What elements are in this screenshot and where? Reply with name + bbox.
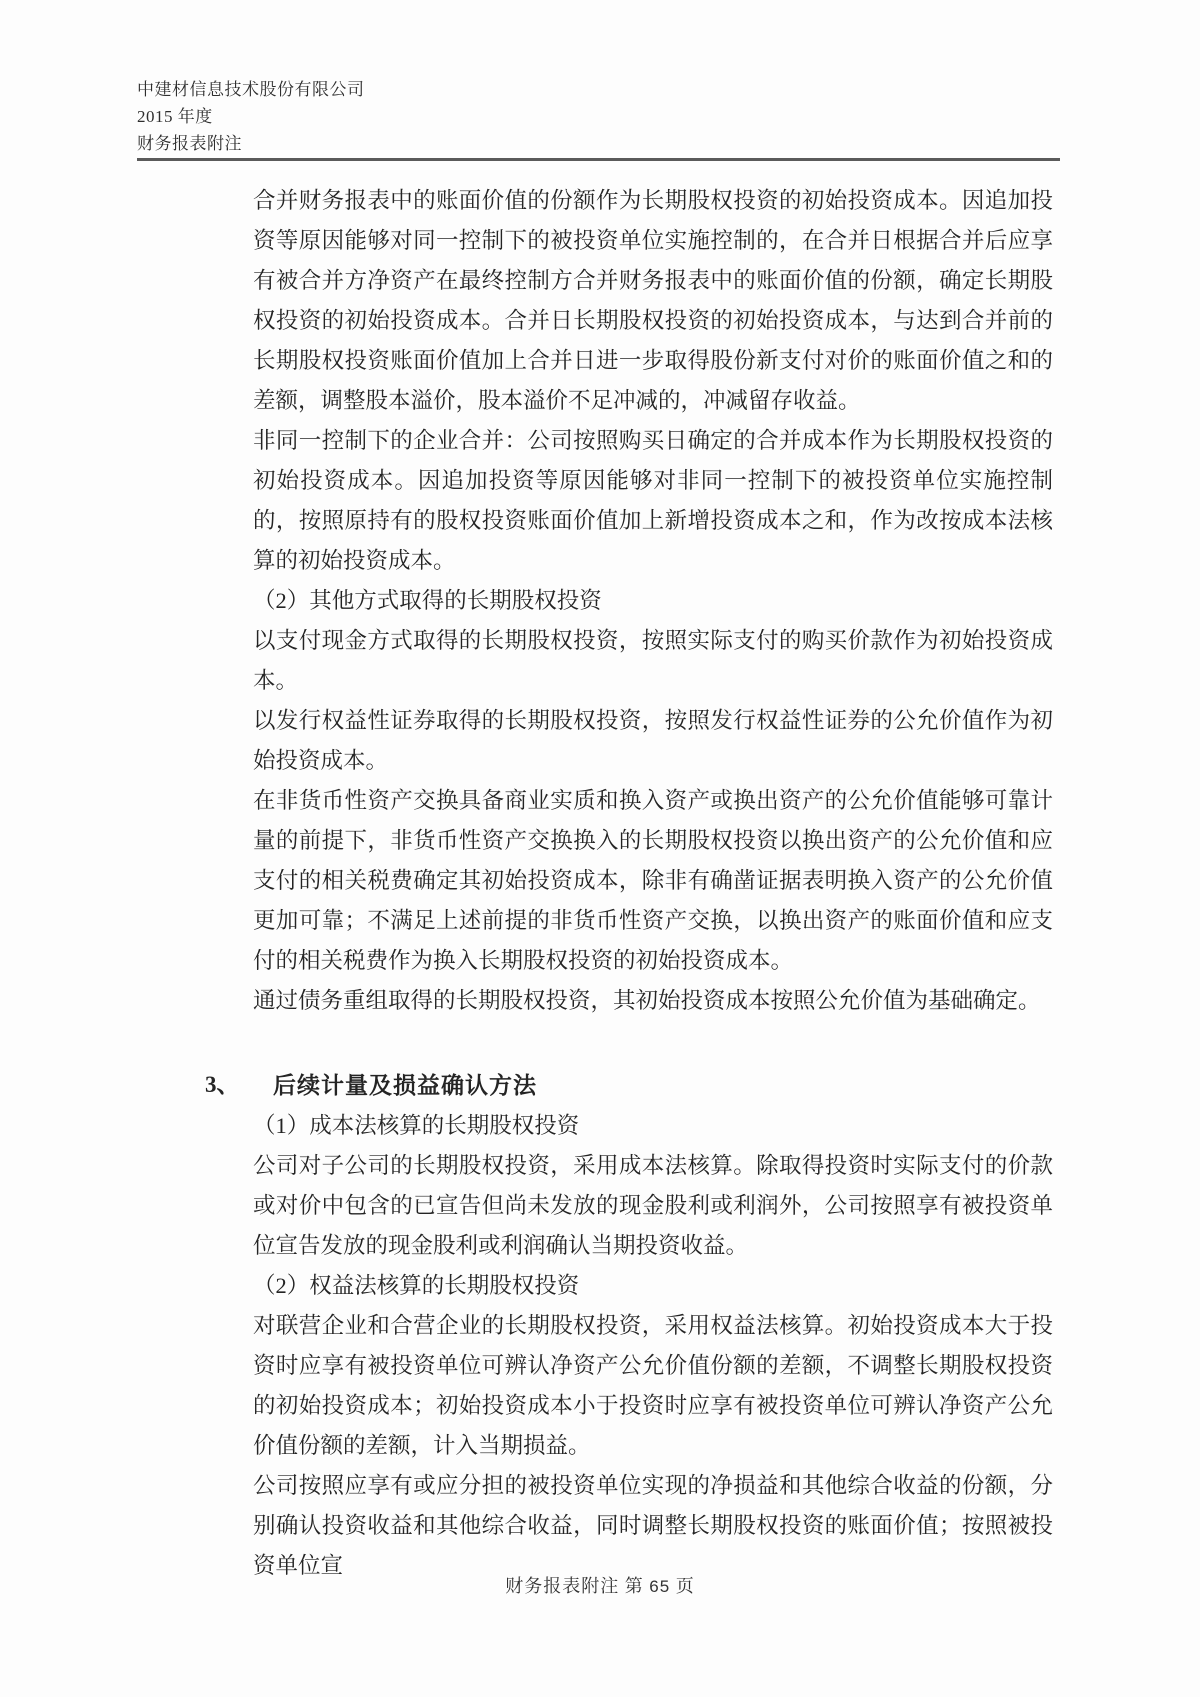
paragraph: 非同一控制下的企业合并：公司按照购买日确定的合并成本作为长期股权投资的初始投资成… — [253, 421, 1053, 581]
section-heading-subsequent-measurement: 3、 后续计量及损益确认方法 — [253, 1065, 1053, 1106]
subheading-equity-method: （2）权益法核算的长期股权投资 — [253, 1266, 1053, 1306]
paragraph: 在非货币性资产交换具备商业实质和换入资产或换出资产的公允价值能够可靠计量的前提下… — [253, 781, 1053, 981]
page-footer: 财务报表附注 第 65 页 — [0, 1572, 1200, 1598]
footer-page-number: 65 — [649, 1577, 670, 1596]
subheading-other-acquisition: （2）其他方式取得的长期股权投资 — [253, 581, 1053, 621]
paragraph: 通过债务重组取得的长期股权投资，其初始投资成本按照公允价值为基础确定。 — [253, 981, 1053, 1021]
document-title: 财务报表附注 — [137, 130, 365, 157]
paragraph: 以发行权益性证券取得的长期股权投资，按照发行权益性证券的公允价值作为初始投资成本… — [253, 701, 1053, 781]
header-divider — [137, 158, 1060, 161]
document-body: 合并财务报表中的账面价值的份额作为长期股权投资的初始投资成本。因追加投资等原因能… — [253, 181, 1053, 1586]
paragraph: 公司对子公司的长期股权投资，采用成本法核算。除取得投资时实际支付的价款或对价中包… — [253, 1146, 1053, 1266]
footer-page-prefix: 第 — [625, 1576, 644, 1596]
footer-label: 财务报表附注 — [505, 1576, 619, 1596]
paragraph: 对联营企业和合营企业的长期股权投资，采用权益法核算。初始投资成本大于投资时应享有… — [253, 1306, 1053, 1466]
page-header: 中建材信息技术股份有限公司 2015 年度 财务报表附注 — [137, 76, 365, 157]
company-name: 中建材信息技术股份有限公司 — [137, 76, 365, 103]
report-year: 2015 年度 — [137, 103, 365, 130]
paragraph: 公司按照应享有或应分担的被投资单位实现的净损益和其他综合收益的份额，分别确认投资… — [253, 1466, 1053, 1586]
footer-page-suffix: 页 — [676, 1576, 695, 1596]
paragraph: 合并财务报表中的账面价值的份额作为长期股权投资的初始投资成本。因追加投资等原因能… — [253, 181, 1053, 421]
section-number: 3、 — [205, 1065, 240, 1105]
paragraph: 以支付现金方式取得的长期股权投资，按照实际支付的购买价款作为初始投资成本。 — [253, 621, 1053, 701]
subheading-cost-method: （1）成本法核算的长期股权投资 — [253, 1106, 1053, 1146]
section-title: 后续计量及损益确认方法 — [273, 1065, 537, 1105]
